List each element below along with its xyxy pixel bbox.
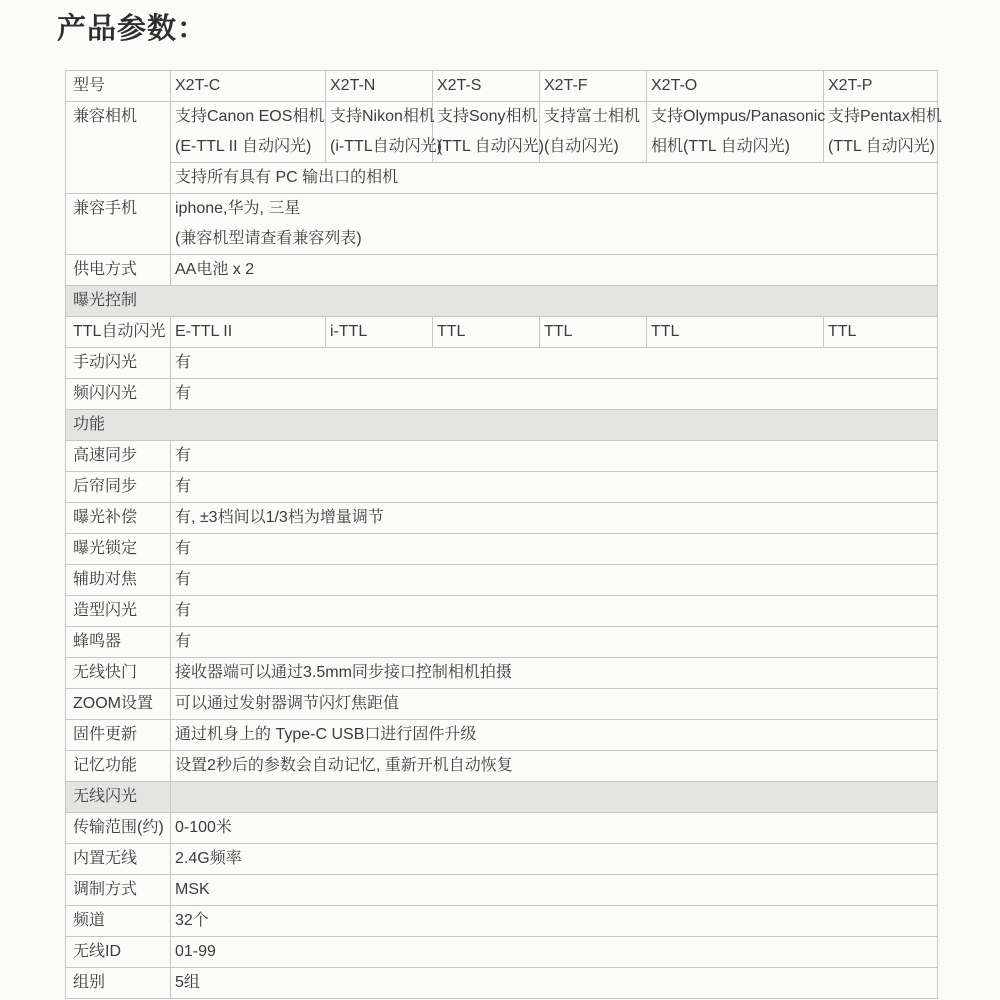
spec-value: 01-99 <box>171 937 938 968</box>
spec-value: MSK <box>171 875 938 906</box>
compatible-camera-extra-row: 支持所有具有 PC 输出口的相机 <box>66 163 938 194</box>
exposure-lock-row: 曝光锁定有 <box>66 534 938 565</box>
spec-value: TTL <box>824 317 938 348</box>
text-line: 无线快门 <box>73 658 168 688</box>
text-line: 有 <box>175 472 935 502</box>
spec-value: 有 <box>171 534 938 565</box>
firmware-update-row: 固件更新通过机身上的 Type-C USB口进行固件升级 <box>66 720 938 751</box>
text-line: 曝光补偿 <box>73 503 168 533</box>
text-line: X2T-P <box>828 71 935 101</box>
wireless-flash-section: 无线闪光 <box>66 782 938 813</box>
spec-value: 有 <box>171 627 938 658</box>
text-line: 曝光锁定 <box>73 534 168 564</box>
spec-value: AA电池 x 2 <box>171 255 938 286</box>
spec-value: 32个 <box>171 906 938 937</box>
text-line: 相机(TTL 自动闪光) <box>651 132 821 162</box>
spec-label: 兼容相机 <box>66 102 171 194</box>
text-line: i-TTL <box>330 317 430 347</box>
text-line: 设置2秒后的参数会自动记忆, 重新开机自动恢复 <box>175 751 935 781</box>
text-line: TTL自动闪光 <box>73 317 168 347</box>
text-line: 兼容相机 <box>73 102 168 132</box>
strobe-flash-row: 频闪闪光有 <box>66 379 938 410</box>
spec-label: 传输范围(约) <box>66 813 171 844</box>
spec-label: 曝光锁定 <box>66 534 171 565</box>
spec-value: 支持Canon EOS相机(E-TTL II 自动闪光) <box>171 102 326 163</box>
text-line: TTL <box>828 317 935 347</box>
text-line: (TTL 自动闪光) <box>437 132 537 162</box>
manual-flash-row: 手动闪光有 <box>66 348 938 379</box>
compatible-phone-row: 兼容手机iphone,华为, 三星(兼容机型请查看兼容列表) <box>66 194 938 255</box>
text-line: 曝光控制 <box>73 286 935 316</box>
groups-row: 组别5组 <box>66 968 938 999</box>
text-line: 频道 <box>73 906 168 936</box>
rear-curtain-sync-row: 后帘同步有 <box>66 472 938 503</box>
text-line: 接收器端可以通过3.5mm同步接口控制相机拍摄 <box>175 658 935 688</box>
text-line: 01-99 <box>175 937 935 967</box>
modeling-flash-row: 造型闪光有 <box>66 596 938 627</box>
text-line: 2.4G频率 <box>175 844 935 874</box>
spec-label: 蜂鸣器 <box>66 627 171 658</box>
spec-label: 型号 <box>66 71 171 102</box>
section-filler <box>171 782 938 813</box>
spec-value: 有 <box>171 379 938 410</box>
spec-value: X2T-N <box>326 71 433 102</box>
spec-value: 支持富士相机(自动闪光) <box>540 102 647 163</box>
spec-label: 曝光补偿 <box>66 503 171 534</box>
spec-value: 支持Nikon相机(i-TTL自动闪光) <box>326 102 433 163</box>
text-line: 支持富士相机 <box>544 102 644 132</box>
text-line: 频闪闪光 <box>73 379 168 409</box>
exposure-control-section: 曝光控制 <box>66 286 938 317</box>
function-section: 功能 <box>66 410 938 441</box>
spec-value: 有 <box>171 565 938 596</box>
spec-value: 设置2秒后的参数会自动记忆, 重新开机自动恢复 <box>171 751 938 782</box>
text-line: 有 <box>175 627 935 657</box>
buzzer-row: 蜂鸣器有 <box>66 627 938 658</box>
spec-label: 调制方式 <box>66 875 171 906</box>
text-line: 有 <box>175 379 935 409</box>
text-line: TTL <box>437 317 537 347</box>
product-spec-page: 产品参数： 型号X2T-CX2T-NX2T-SX2T-FX2T-OX2T-P兼容… <box>0 0 1000 1000</box>
spec-label: 频闪闪光 <box>66 379 171 410</box>
exposure-compensation-row: 曝光补偿有, ±3档间以1/3档为增量调节 <box>66 503 938 534</box>
section-header: 功能 <box>66 410 938 441</box>
transmission-range-row: 传输范围(约)0-100米 <box>66 813 938 844</box>
text-line: 固件更新 <box>73 720 168 750</box>
text-line: 兼容手机 <box>73 194 168 224</box>
text-line: 有 <box>175 441 935 471</box>
text-line: (TTL 自动闪光) <box>828 132 935 162</box>
spec-value: TTL <box>540 317 647 348</box>
spec-value: 可以通过发射器调节闪灯焦距值 <box>171 689 938 720</box>
memory-function-row: 记忆功能设置2秒后的参数会自动记忆, 重新开机自动恢复 <box>66 751 938 782</box>
text-line: 无线ID <box>73 937 168 967</box>
text-line: 有 <box>175 534 935 564</box>
text-line: MSK <box>175 875 935 905</box>
spec-value: 有 <box>171 596 938 627</box>
text-line: 造型闪光 <box>73 596 168 626</box>
text-line: 有, ±3档间以1/3档为增量调节 <box>175 503 935 533</box>
af-assist-row: 辅助对焦有 <box>66 565 938 596</box>
text-line: (i-TTL自动闪光) <box>330 132 430 162</box>
spec-label: 后帘同步 <box>66 472 171 503</box>
spec-label: 频道 <box>66 906 171 937</box>
text-line: (自动闪光) <box>544 132 644 162</box>
spec-value: iphone,华为, 三星(兼容机型请查看兼容列表) <box>171 194 938 255</box>
text-line: 记忆功能 <box>73 751 168 781</box>
spec-value: 有 <box>171 348 938 379</box>
text-line: 通过机身上的 Type-C USB口进行固件升级 <box>175 720 935 750</box>
spec-value: 有, ±3档间以1/3档为增量调节 <box>171 503 938 534</box>
text-line: iphone,华为, 三星 <box>175 194 935 224</box>
text-line: X2T-N <box>330 71 430 101</box>
wireless-id-row: 无线ID01-99 <box>66 937 938 968</box>
text-line: 有 <box>175 565 935 595</box>
text-line: 高速同步 <box>73 441 168 471</box>
spec-label: 手动闪光 <box>66 348 171 379</box>
spec-label: 兼容手机 <box>66 194 171 255</box>
text-line: 有 <box>175 348 935 378</box>
text-line: ZOOM设置 <box>73 689 168 719</box>
built-in-wireless-row: 内置无线2.4G频率 <box>66 844 938 875</box>
text-line: 0-100米 <box>175 813 935 843</box>
text-line: 有 <box>175 596 935 626</box>
text-line: (E-TTL II 自动闪光) <box>175 132 323 162</box>
text-line: 后帘同步 <box>73 472 168 502</box>
text-line: 调制方式 <box>73 875 168 905</box>
text-line: 功能 <box>73 410 935 440</box>
spec-label: TTL自动闪光 <box>66 317 171 348</box>
text-line: E-TTL II <box>175 317 323 347</box>
text-line: 支持Canon EOS相机 <box>175 102 323 132</box>
spec-label: ZOOM设置 <box>66 689 171 720</box>
text-line: 支持Sony相机 <box>437 102 537 132</box>
spec-value: X2T-P <box>824 71 938 102</box>
spec-value: 支持所有具有 PC 输出口的相机 <box>171 163 938 194</box>
spec-value: 有 <box>171 472 938 503</box>
text-line: TTL <box>544 317 644 347</box>
spec-label: 无线ID <box>66 937 171 968</box>
spec-label: 记忆功能 <box>66 751 171 782</box>
text-line: TTL <box>651 317 821 347</box>
text-line: 传输范围(约) <box>73 813 168 843</box>
text-line: 可以通过发射器调节闪灯焦距值 <box>175 689 935 719</box>
text-line: 组别 <box>73 968 168 998</box>
spec-value: X2T-O <box>647 71 824 102</box>
spec-value: X2T-S <box>433 71 540 102</box>
product-spec-table: 型号X2T-CX2T-NX2T-SX2T-FX2T-OX2T-P兼容相机支持Ca… <box>65 70 938 999</box>
spec-value: i-TTL <box>326 317 433 348</box>
text-line: (兼容机型请查看兼容列表) <box>175 224 935 254</box>
text-line: 支持Nikon相机 <box>330 102 430 132</box>
spec-value: 0-100米 <box>171 813 938 844</box>
text-line: 5组 <box>175 968 935 998</box>
spec-value: TTL <box>647 317 824 348</box>
spec-value: E-TTL II <box>171 317 326 348</box>
text-line: 内置无线 <box>73 844 168 874</box>
spec-value: 支持Olympus/Panasonic相机(TTL 自动闪光) <box>647 102 824 163</box>
text-line: 辅助对焦 <box>73 565 168 595</box>
spec-value: 5组 <box>171 968 938 999</box>
modulation-mode-row: 调制方式MSK <box>66 875 938 906</box>
spec-value: X2T-F <box>540 71 647 102</box>
spec-value: X2T-C <box>171 71 326 102</box>
channels-row: 频道32个 <box>66 906 938 937</box>
spec-label: 供电方式 <box>66 255 171 286</box>
text-line: 蜂鸣器 <box>73 627 168 657</box>
spec-label: 组别 <box>66 968 171 999</box>
spec-value: TTL <box>433 317 540 348</box>
spec-value: 支持Pentax相机(TTL 自动闪光) <box>824 102 938 163</box>
power-supply-row: 供电方式AA电池 x 2 <box>66 255 938 286</box>
text-line: 供电方式 <box>73 255 168 285</box>
text-line: 无线闪光 <box>73 782 168 812</box>
spec-value: 2.4G频率 <box>171 844 938 875</box>
section-header: 无线闪光 <box>66 782 171 813</box>
compatible-camera-row: 兼容相机支持Canon EOS相机(E-TTL II 自动闪光)支持Nikon相… <box>66 102 938 163</box>
ttl-auto-flash-row: TTL自动闪光E-TTL IIi-TTLTTLTTLTTLTTL <box>66 317 938 348</box>
text-line: X2T-C <box>175 71 323 101</box>
text-line: 32个 <box>175 906 935 936</box>
text-line: 支持所有具有 PC 输出口的相机 <box>175 163 935 193</box>
high-speed-sync-row: 高速同步有 <box>66 441 938 472</box>
text-line: AA电池 x 2 <box>175 255 935 285</box>
spec-label: 辅助对焦 <box>66 565 171 596</box>
spec-value: 有 <box>171 441 938 472</box>
text-line: 支持Olympus/Panasonic <box>651 102 821 132</box>
wireless-shutter-row: 无线快门接收器端可以通过3.5mm同步接口控制相机拍摄 <box>66 658 938 689</box>
text-line: 支持Pentax相机 <box>828 102 935 132</box>
spec-label: 内置无线 <box>66 844 171 875</box>
spec-label: 造型闪光 <box>66 596 171 627</box>
spec-value: 支持Sony相机(TTL 自动闪光) <box>433 102 540 163</box>
spec-label: 高速同步 <box>66 441 171 472</box>
text-line: X2T-F <box>544 71 644 101</box>
text-line: 手动闪光 <box>73 348 168 378</box>
text-line: 型号 <box>73 71 168 101</box>
spec-value: 接收器端可以通过3.5mm同步接口控制相机拍摄 <box>171 658 938 689</box>
section-header: 曝光控制 <box>66 286 938 317</box>
zoom-setting-row: ZOOM设置可以通过发射器调节闪灯焦距值 <box>66 689 938 720</box>
spec-value: 通过机身上的 Type-C USB口进行固件升级 <box>171 720 938 751</box>
text-line: X2T-S <box>437 71 537 101</box>
text-line: X2T-O <box>651 71 821 101</box>
spec-label: 无线快门 <box>66 658 171 689</box>
model-header-row: 型号X2T-CX2T-NX2T-SX2T-FX2T-OX2T-P <box>66 71 938 102</box>
page-title: 产品参数： <box>0 0 1000 47</box>
spec-label: 固件更新 <box>66 720 171 751</box>
